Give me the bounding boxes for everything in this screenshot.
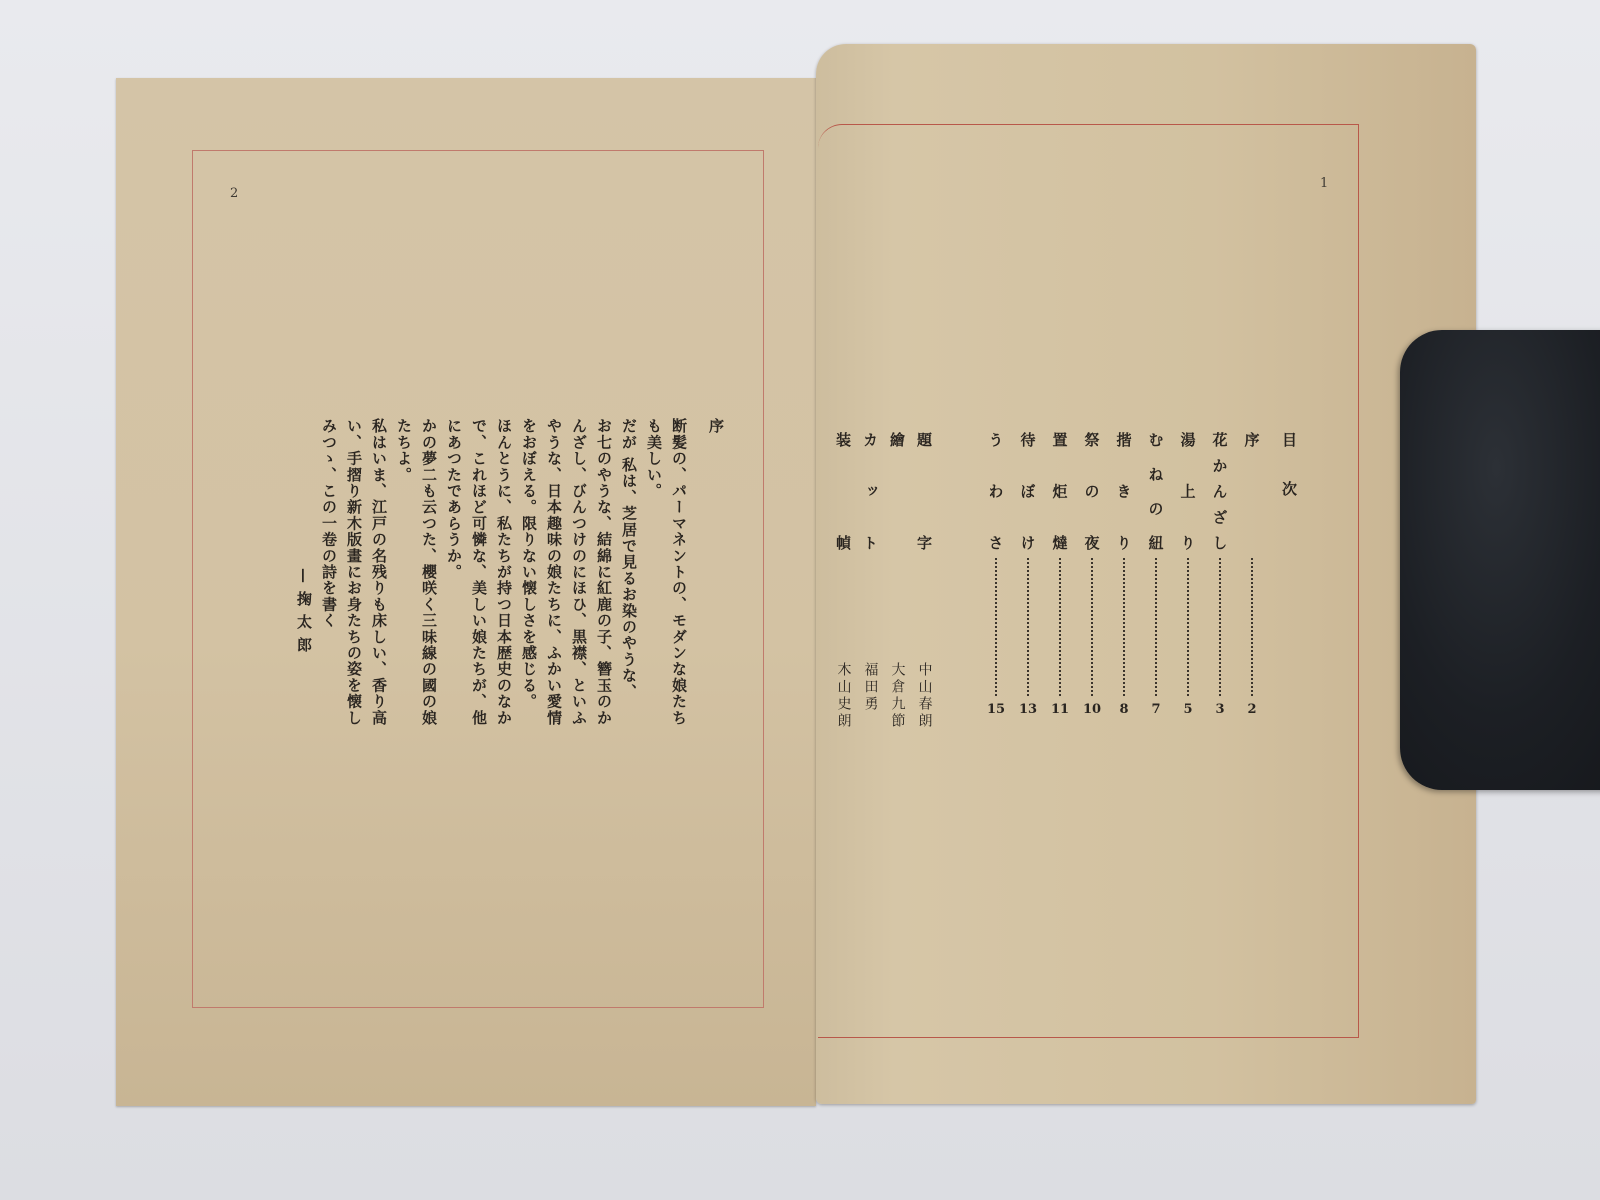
toc-entry: 待ぼけ 13 <box>1012 432 1044 730</box>
credit-entry: 題字 中山春朗 <box>911 432 938 730</box>
left-page: 2 序 断髪の、パーマネントの、モダンな娘たち も美しい。 だが 私は、芝居で見… <box>116 78 816 1106</box>
toc-entry: 置炬燵 11 <box>1044 432 1076 730</box>
dotted-leader <box>1155 558 1157 696</box>
credit-role: 題字 <box>914 432 935 550</box>
toc-entry: 揩きり 8 <box>1108 432 1140 730</box>
photo-stage: 2 序 断髪の、パーマネントの、モダンな娘たち も美しい。 だが 私は、芝居で見… <box>0 0 1600 1200</box>
right-page-number: 1 <box>1320 176 1328 191</box>
dotted-leader <box>1091 558 1093 696</box>
preface-line: 私はいま、江戸の名残りも床しい、香り高 <box>366 418 391 818</box>
toc-entry: 祭の夜 10 <box>1076 432 1108 730</box>
credit-entry: 繪 大倉九節 <box>884 432 911 730</box>
toc-entry-page: 15 <box>987 702 1005 717</box>
toc-entry: うわさ 15 <box>980 432 1012 730</box>
credit-name: 大倉九節 <box>888 662 908 730</box>
toc-entry: 序 2 <box>1236 432 1268 730</box>
dotted-leader <box>1251 558 1253 696</box>
toc-entry-title: 湯上り <box>1178 432 1199 550</box>
preface-line: をおぼえる。限りない懐しさを感じる。 <box>516 418 541 818</box>
toc-entry-page: 5 <box>1183 702 1192 717</box>
toc-entry: むねの紐 7 <box>1140 432 1172 730</box>
credit-entry: 装幀 木山史朗 <box>830 432 857 730</box>
preface-title: 序 <box>703 418 728 818</box>
preface-line: だが 私は、芝居で見るお染のやうな、 <box>616 418 641 818</box>
preface-line: んざし、びんつけのにほひ、黒襟、といふ <box>566 418 591 818</box>
left-page-number: 2 <box>230 186 238 201</box>
toc-entry-title: 序 <box>1242 432 1263 550</box>
toc-heading: 目次 <box>1268 432 1300 730</box>
preface-line: も美しい。 <box>641 418 666 818</box>
toc-entry-title: 揩きり <box>1114 432 1135 550</box>
dotted-leader <box>995 558 997 696</box>
toc-entry-title: 置炬燵 <box>1050 432 1071 550</box>
preface-line: お七のやうな、結綿に紅鹿の子、簪玉のか <box>591 418 616 818</box>
dotted-leader <box>1123 558 1125 696</box>
toc-entry-title: 待ぼけ <box>1018 432 1039 550</box>
preface-line: やうな、日本趣味の娘たちに、ふかい愛情 <box>541 418 566 818</box>
dotted-leader <box>1219 558 1221 696</box>
credit-name: 中山春朗 <box>915 662 935 730</box>
table-of-contents: 目次 序 2 花かんざし 3 湯上り 5 むねの紐 7 <box>830 432 1300 730</box>
toc-entry-page: 10 <box>1083 702 1101 717</box>
preface-line: にあつたであらうか。 <box>441 418 466 818</box>
dotted-leader <box>1187 558 1189 696</box>
preface-text: 序 断髪の、パーマネントの、モダンな娘たち も美しい。 だが 私は、芝居で見るお… <box>291 418 728 818</box>
toc-entry: 花かんざし 3 <box>1204 432 1236 730</box>
credit-role: カット <box>860 432 881 550</box>
dotted-leader <box>1027 558 1029 696</box>
toc-entry-page: 8 <box>1119 702 1128 717</box>
toc-entry-title: 祭の夜 <box>1082 432 1103 550</box>
black-book-clip <box>1400 330 1600 790</box>
toc-entry-title: むねの紐 <box>1146 432 1167 550</box>
toc-entry-page: 13 <box>1019 702 1037 717</box>
preface-line: みつゝ、この一卷の詩を書く <box>316 418 341 818</box>
toc-entry-page: 3 <box>1215 702 1224 717</box>
toc-entry: 湯上り 5 <box>1172 432 1204 730</box>
credit-role: 繪 <box>887 432 908 550</box>
credit-entry: カット 福田勇 <box>857 432 884 730</box>
right-page: 1 目次 序 2 花かんざし 3 湯上り 5 むねの紐 7 <box>816 44 1476 1104</box>
toc-entry-title: 花かんざし <box>1210 432 1231 550</box>
dotted-leader <box>1059 558 1061 696</box>
credit-role: 装幀 <box>833 432 854 550</box>
toc-entry-page: 2 <box>1247 702 1256 717</box>
toc-entry-page: 7 <box>1151 702 1160 717</box>
preface-line: かの夢二も云つた、櫻咲く三味線の國の娘 <box>416 418 441 818</box>
credit-name: 木山史朗 <box>834 662 854 730</box>
toc-entry-page: 11 <box>1051 702 1069 717</box>
preface-line: 断髪の、パーマネントの、モダンな娘たち <box>666 418 691 818</box>
preface-signature: —掬太郎 <box>291 418 316 818</box>
credit-name: 福田勇 <box>861 662 881 713</box>
preface-line: で、これほど可憐な、美しい娘たちが、他 <box>466 418 491 818</box>
toc-spacer <box>938 432 980 730</box>
preface-line: ほんとうに、私たちが持つ日本歴史のなか <box>491 418 516 818</box>
preface-line: たちよ。 <box>391 418 416 818</box>
toc-entry-title: うわさ <box>986 432 1007 550</box>
preface-line: い、手摺り新木版畫にお身たちの姿を懐し <box>341 418 366 818</box>
